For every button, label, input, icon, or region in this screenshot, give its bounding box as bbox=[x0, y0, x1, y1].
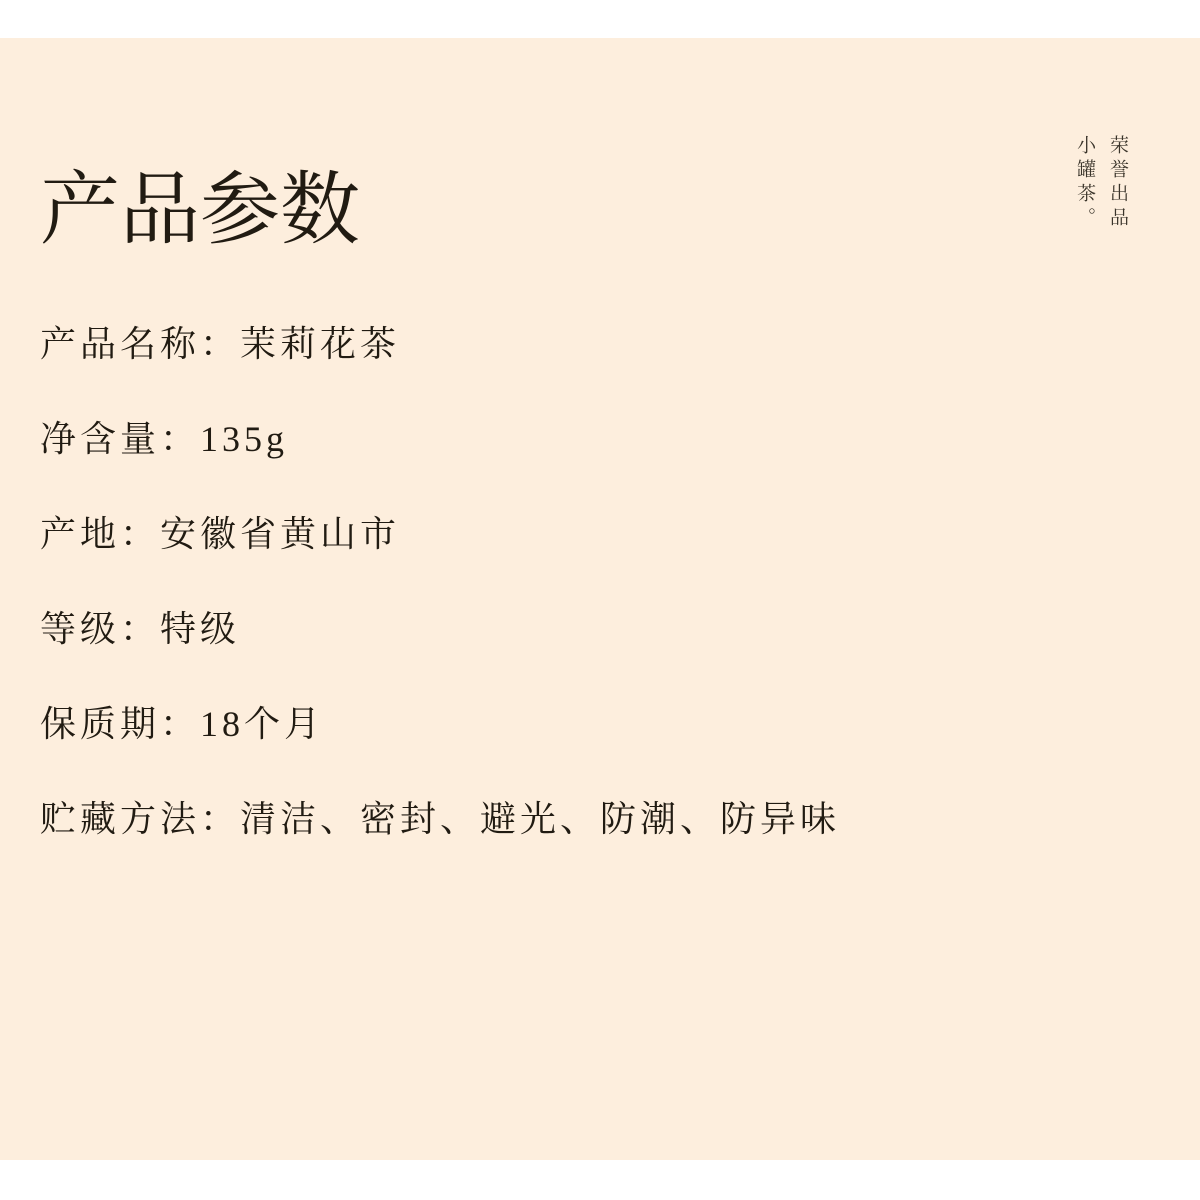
spec-label: 净含量： bbox=[40, 419, 200, 459]
spec-label: 等级： bbox=[40, 609, 160, 649]
spec-row-storage: 贮藏方法：清洁、密封、避光、防潮、防异味 bbox=[40, 801, 840, 837]
spec-value: 清洁、密封、避光、防潮、防异味 bbox=[240, 799, 840, 839]
spec-value: 18个月 bbox=[200, 704, 324, 744]
spec-value: 特级 bbox=[160, 609, 240, 649]
content-panel: 产品参数 小罐茶。 荣誉出品 产品名称：茉莉花茶 净含量：135g 产地：安徽省… bbox=[0, 38, 1200, 1160]
brand-tagline-vertical: 荣誉出品 bbox=[1106, 135, 1128, 231]
spec-row-net-weight: 净含量：135g bbox=[40, 421, 288, 457]
spec-row-shelf-life: 保质期：18个月 bbox=[40, 706, 324, 742]
spec-value: 安徽省黄山市 bbox=[160, 514, 400, 554]
spec-label: 产品名称： bbox=[40, 324, 240, 364]
product-parameters-page: 产品参数 小罐茶。 荣誉出品 产品名称：茉莉花茶 净含量：135g 产地：安徽省… bbox=[0, 0, 1200, 1200]
spec-value: 茉莉花茶 bbox=[240, 324, 400, 364]
brand-logo: 小罐茶。 荣誉出品 bbox=[1073, 135, 1128, 231]
spec-label: 保质期： bbox=[40, 704, 200, 744]
spec-label: 产地： bbox=[40, 514, 160, 554]
brand-name-vertical: 小罐茶。 bbox=[1073, 135, 1095, 231]
page-title: 产品参数 bbox=[40, 171, 360, 251]
spec-value: 135g bbox=[200, 419, 288, 459]
spec-row-product-name: 产品名称：茉莉花茶 bbox=[40, 326, 400, 362]
spec-row-grade: 等级：特级 bbox=[40, 611, 240, 647]
spec-label: 贮藏方法： bbox=[40, 799, 240, 839]
spec-row-origin: 产地：安徽省黄山市 bbox=[40, 516, 400, 552]
